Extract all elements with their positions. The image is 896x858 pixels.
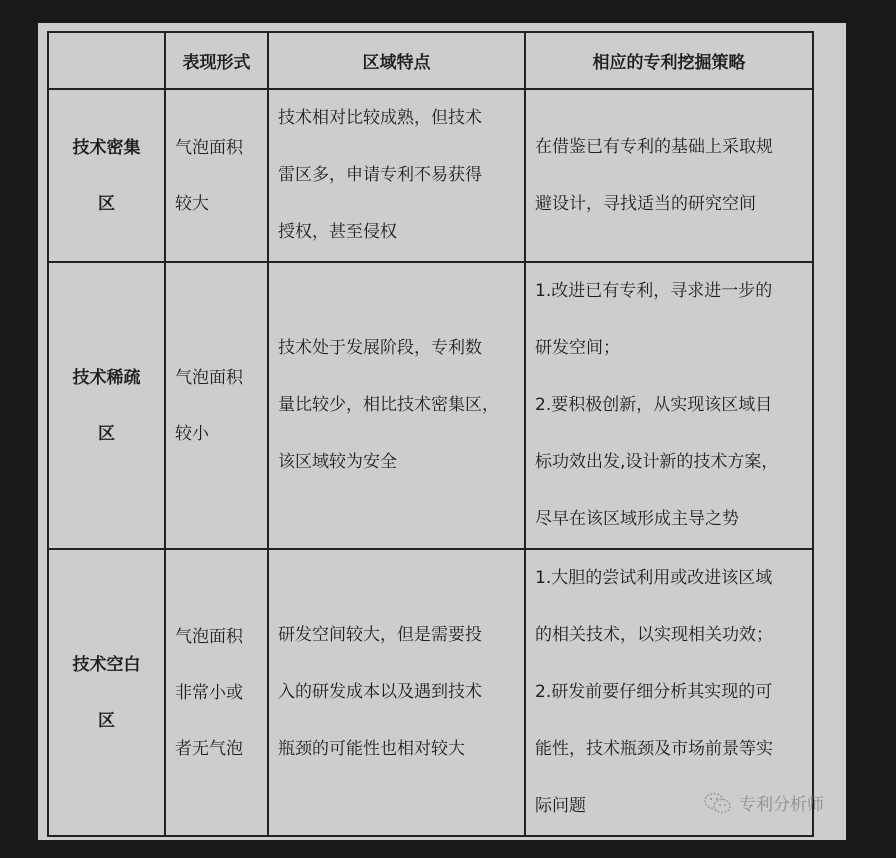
form-line: 较小 (175, 406, 267, 462)
zone-name-line: 技术密集 (49, 120, 164, 176)
table-row: 技术密集 区 气泡面积 较大 技术相对比较成熟，但技术 雷区多，申请专利不易获得… (48, 89, 813, 262)
form-cell: 气泡面积 较小 (165, 262, 268, 549)
strategy-line: 研发空间； (535, 320, 808, 377)
table-row: 技术空白 区 气泡面积 非常小或 者无气泡 研发空间较大，但是需要投 入的研发成… (48, 549, 813, 836)
features-cell: 研发空间较大，但是需要投 入的研发成本以及遇到技术 瓶颈的可能性也相对较大 (268, 549, 525, 836)
features-line: 授权，甚至侵权 (278, 204, 520, 261)
strategy-line: 避设计，寻找适当的研究空间 (535, 176, 808, 233)
header-empty (48, 32, 165, 89)
features-line: 量比较少，相比技术密集区， (278, 377, 520, 434)
features-line: 雷区多，申请专利不易获得 (278, 147, 520, 204)
strategy-line: 2.研发前要仔细分析其实现的可 (535, 664, 808, 721)
form-line: 气泡面积 (175, 350, 267, 406)
features-line: 该区域较为安全 (278, 434, 520, 491)
strategy-line: 2.要积极创新，从实现该区域目 (535, 377, 808, 434)
strategy-line: 尽早在该区域形成主导之势 (535, 491, 808, 548)
zone-name-cell: 技术稀疏 区 (48, 262, 165, 549)
zone-name-line: 技术稀疏 (49, 350, 164, 406)
header-features: 区域特点 (268, 32, 525, 89)
zone-name-line: 区 (49, 176, 164, 232)
header-form: 表现形式 (165, 32, 268, 89)
form-line: 气泡面积 (175, 609, 267, 665)
table-header-row: 表现形式 区域特点 相应的专利挖掘策略 (48, 32, 813, 89)
strategy-line: 1.大胆的尝试利用或改进该区域 (535, 550, 808, 607)
features-line: 瓶颈的可能性也相对较大 (278, 721, 520, 778)
table-row: 技术稀疏 区 气泡面积 较小 技术处于发展阶段，专利数 量比较少，相比技术密集区… (48, 262, 813, 549)
strategy-line: 标功效出发,设计新的技术方案， (535, 434, 808, 491)
zone-name-cell: 技术密集 区 (48, 89, 165, 262)
wechat-icon (703, 791, 733, 815)
document-panel: 表现形式 区域特点 相应的专利挖掘策略 技术密集 区 气泡面积 较大 技术相对比… (38, 23, 846, 840)
strategy-line: 在借鉴已有专利的基础上采取规 (535, 119, 808, 176)
patent-strategy-table: 表现形式 区域特点 相应的专利挖掘策略 技术密集 区 气泡面积 较大 技术相对比… (47, 31, 814, 837)
form-cell: 气泡面积 非常小或 者无气泡 (165, 549, 268, 836)
features-cell: 技术相对比较成熟，但技术 雷区多，申请专利不易获得 授权，甚至侵权 (268, 89, 525, 262)
features-line: 入的研发成本以及遇到技术 (278, 664, 520, 721)
strategy-line: 1.改进已有专利，寻求进一步的 (535, 263, 808, 320)
strategy-line: 的相关技术，以实现相关功效； (535, 607, 808, 664)
form-line: 者无气泡 (175, 721, 267, 777)
watermark-text: 专利分析师 (739, 790, 824, 815)
form-line: 非常小或 (175, 665, 267, 721)
zone-name-line: 区 (49, 693, 164, 749)
zone-name-cell: 技术空白 区 (48, 549, 165, 836)
zone-name-line: 区 (49, 406, 164, 462)
form-line: 气泡面积 (175, 120, 267, 176)
zone-name-line: 技术空白 (49, 637, 164, 693)
strategy-cell: 在借鉴已有专利的基础上采取规 避设计，寻找适当的研究空间 (525, 89, 813, 262)
strategy-line: 能性，技术瓶颈及市场前景等实 (535, 721, 808, 778)
features-line: 技术处于发展阶段，专利数 (278, 320, 520, 377)
watermark: 专利分析师 (703, 790, 824, 815)
form-line: 较大 (175, 176, 267, 232)
header-strategy: 相应的专利挖掘策略 (525, 32, 813, 89)
strategy-cell: 1.改进已有专利，寻求进一步的 研发空间； 2.要积极创新，从实现该区域目 标功… (525, 262, 813, 549)
form-cell: 气泡面积 较大 (165, 89, 268, 262)
features-line: 研发空间较大，但是需要投 (278, 607, 520, 664)
features-line: 技术相对比较成熟，但技术 (278, 90, 520, 147)
features-cell: 技术处于发展阶段，专利数 量比较少，相比技术密集区， 该区域较为安全 (268, 262, 525, 549)
